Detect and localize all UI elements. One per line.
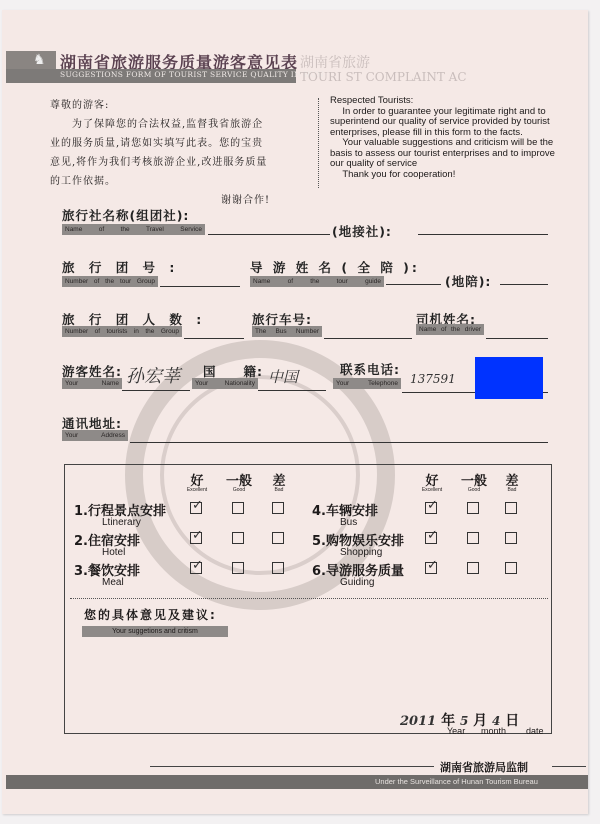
tag-word: driver: [465, 324, 481, 335]
tag-word: of: [95, 326, 100, 337]
rating-column-header: 好Excellent: [415, 470, 449, 493]
rating-checkbox-excellent[interactable]: [425, 532, 437, 544]
telephone-tag: YourTelephone: [333, 378, 401, 389]
group-size-tag: NumberoftouristsintheGroup: [62, 326, 182, 337]
rating-checkbox-bad[interactable]: [505, 562, 517, 574]
tag-word: Your: [65, 378, 78, 389]
guide-name-label: 导 游 姓 名 ( 全 陪 ):: [250, 258, 420, 276]
guide-name-tag: Nameofthetourguide: [250, 276, 384, 287]
rating-item-label-en: Hotel: [102, 547, 125, 558]
tag-word: Number: [296, 326, 319, 337]
tag-word: the: [451, 324, 460, 335]
telephone-value[interactable]: 137591: [410, 372, 456, 386]
rating-checkbox-excellent[interactable]: [425, 562, 437, 574]
tag-word: Number: [65, 326, 88, 337]
section-divider: [70, 598, 548, 599]
rating-item-label-en: Ltinerary: [102, 517, 141, 528]
footer-issuer-en: Under the Surveillance of Hunan Tourism …: [375, 777, 538, 786]
rating-checkbox-good[interactable]: [232, 502, 244, 514]
travel-service-label: 旅行社名称(组团社):: [62, 206, 189, 224]
nationality-tag: YourNationality: [192, 378, 258, 389]
horse-logo-icon: ♞: [33, 52, 46, 68]
intro-en-greeting: Respected Tourists:: [330, 96, 565, 107]
rating-checkbox-excellent[interactable]: [190, 562, 202, 574]
nationality-underline: [258, 390, 326, 391]
rating-item-label-en: Shopping: [340, 547, 382, 558]
footer-rule-right: [552, 766, 586, 767]
bus-number-field[interactable]: [324, 338, 412, 339]
rating-item-label-en: Bus: [340, 517, 357, 528]
intro-zh-greeting: 尊敬的游客:: [50, 96, 270, 115]
tag-word: Number: [65, 276, 88, 287]
tag-word: tour: [120, 276, 131, 287]
address-tag: YourAddress: [62, 430, 128, 441]
tourist-name-value[interactable]: 孙宏莘: [126, 362, 180, 388]
tag-word: of: [288, 276, 293, 287]
tag-word: Name: [419, 324, 436, 335]
tag-word: Your: [195, 378, 208, 389]
rating-checkbox-excellent[interactable]: [190, 532, 202, 544]
column-en: Excellent: [415, 487, 449, 493]
rating-checkbox-good[interactable]: [232, 532, 244, 544]
tag-word: of: [94, 276, 99, 287]
tag-word: Your: [336, 378, 349, 389]
rating-checkbox-excellent[interactable]: [190, 502, 202, 514]
tourist-name-tag: YourName: [62, 378, 122, 389]
driver-name-tag: Nameofthedriver: [416, 324, 484, 335]
tag-word: Address: [101, 430, 125, 441]
rating-checkbox-bad[interactable]: [505, 532, 517, 544]
tag-word: the: [310, 276, 319, 287]
local-guide-field[interactable]: [500, 284, 548, 285]
column-en: Excellent: [180, 487, 214, 493]
rating-column-header: 好Excellent: [180, 470, 214, 493]
rating-checkbox-excellent[interactable]: [425, 502, 437, 514]
tag-word: Telephone: [368, 378, 398, 389]
tag-word: Travel: [146, 224, 164, 235]
rating-checkbox-good[interactable]: [467, 502, 479, 514]
bleed-through-subtitle: TOURI ST COMPLAINT AC: [300, 70, 467, 84]
date-year-value[interactable]: 2011: [400, 714, 436, 729]
tag-word: Service: [180, 224, 202, 235]
tag-word: Name: [253, 276, 270, 287]
intro-en-paragraph-1: In order to guarantee your legitimate ri…: [330, 107, 565, 139]
rating-checkbox-bad[interactable]: [272, 532, 284, 544]
tag-word: of: [99, 224, 104, 235]
tag-word: of: [441, 324, 446, 335]
bus-number-tag: TheBusNumber: [252, 326, 322, 337]
rating-column-header: 一般Good: [222, 470, 256, 493]
suggestions-label: 您的具体意见及建议:: [84, 606, 217, 623]
tourist-name-underline: [122, 390, 190, 391]
intro-en-thanks: Thank you for cooperation!: [330, 170, 565, 181]
tag-word: tour: [337, 276, 348, 287]
group-number-field[interactable]: [160, 286, 240, 287]
tag-word: Name: [65, 224, 82, 235]
rating-checkbox-bad[interactable]: [505, 502, 517, 514]
tag-word: Group: [137, 276, 155, 287]
column-en: Bad: [262, 487, 296, 493]
year-label-en: Year: [447, 726, 465, 736]
group-number-tag: NumberofthetourGroup: [62, 276, 158, 287]
group-number-label: 旅 行 团 号 :: [62, 258, 179, 276]
travel-service-tag: NameoftheTravelService: [62, 224, 205, 235]
rating-checkbox-bad[interactable]: [272, 562, 284, 574]
rating-column-header: 差Bad: [495, 470, 529, 493]
intro-chinese: 尊敬的游客: 为了保障您的合法权益,监督我省旅游企业的服务质量,请您如实填写此表…: [50, 96, 270, 210]
intro-zh-body: 为了保障您的合法权益,监督我省旅游企业的服务质量,请您如实填写此表。您的宝贵意见…: [50, 115, 270, 191]
tag-word: Name: [102, 378, 119, 389]
tag-word: the: [145, 326, 154, 337]
month-label-en: month: [481, 726, 506, 736]
column-en: Bad: [495, 487, 529, 493]
footer-issuer: 湖南省旅游局监制: [440, 759, 528, 775]
tag-word: Nationality: [225, 378, 255, 389]
local-agency-label: (地接社):: [332, 222, 392, 240]
rating-column-header: 差Bad: [262, 470, 296, 493]
telephone-label: 联系电话:: [340, 360, 400, 378]
bleed-through-title: 湖南省旅游: [300, 52, 370, 72]
form-subtitle: SUGGESTIONS FORM OF TOURIST SERVICE QUAL…: [60, 70, 324, 79]
tag-word: guide: [365, 276, 381, 287]
footer-rule-left: [150, 766, 434, 767]
local-guide-label: (地陪):: [445, 272, 491, 290]
header-band: [6, 51, 56, 69]
tag-word: the: [121, 224, 130, 235]
rating-item-label-en: Guiding: [340, 577, 374, 588]
rating-checkbox-good[interactable]: [232, 562, 244, 574]
date-label-en: date: [526, 726, 544, 736]
rating-checkbox-good[interactable]: [467, 562, 479, 574]
local-agency-field[interactable]: [418, 234, 548, 235]
intro-divider: [318, 98, 319, 188]
driver-name-field[interactable]: [486, 338, 548, 339]
rating-item-label-en: Meal: [102, 577, 124, 588]
redaction-box: [475, 357, 543, 399]
tag-word: in: [134, 326, 139, 337]
rating-column-header: 一般Good: [457, 470, 491, 493]
intro-en-paragraph-2: Your valuable suggestions and criticism …: [330, 138, 565, 170]
suggestions-field[interactable]: [80, 642, 540, 702]
tag-word: tourists: [106, 326, 127, 337]
day-char: 日: [505, 713, 519, 729]
address-field[interactable]: [130, 442, 548, 443]
tag-word: Your: [65, 430, 78, 441]
group-size-field[interactable]: [184, 338, 244, 339]
guide-name-field[interactable]: [386, 284, 441, 285]
travel-service-field[interactable]: [208, 234, 330, 235]
rating-checkbox-bad[interactable]: [272, 502, 284, 514]
tag-word: Bus: [275, 326, 286, 337]
suggestions-tag: Your suggetions and critism: [82, 626, 228, 637]
tag-word: the: [105, 276, 114, 287]
nationality-value[interactable]: 中国: [268, 366, 298, 387]
rating-checkbox-good[interactable]: [467, 532, 479, 544]
tag-word: The: [255, 326, 266, 337]
tag-word: Group: [161, 326, 179, 337]
intro-english: Respected Tourists: In order to guarante…: [330, 96, 565, 180]
